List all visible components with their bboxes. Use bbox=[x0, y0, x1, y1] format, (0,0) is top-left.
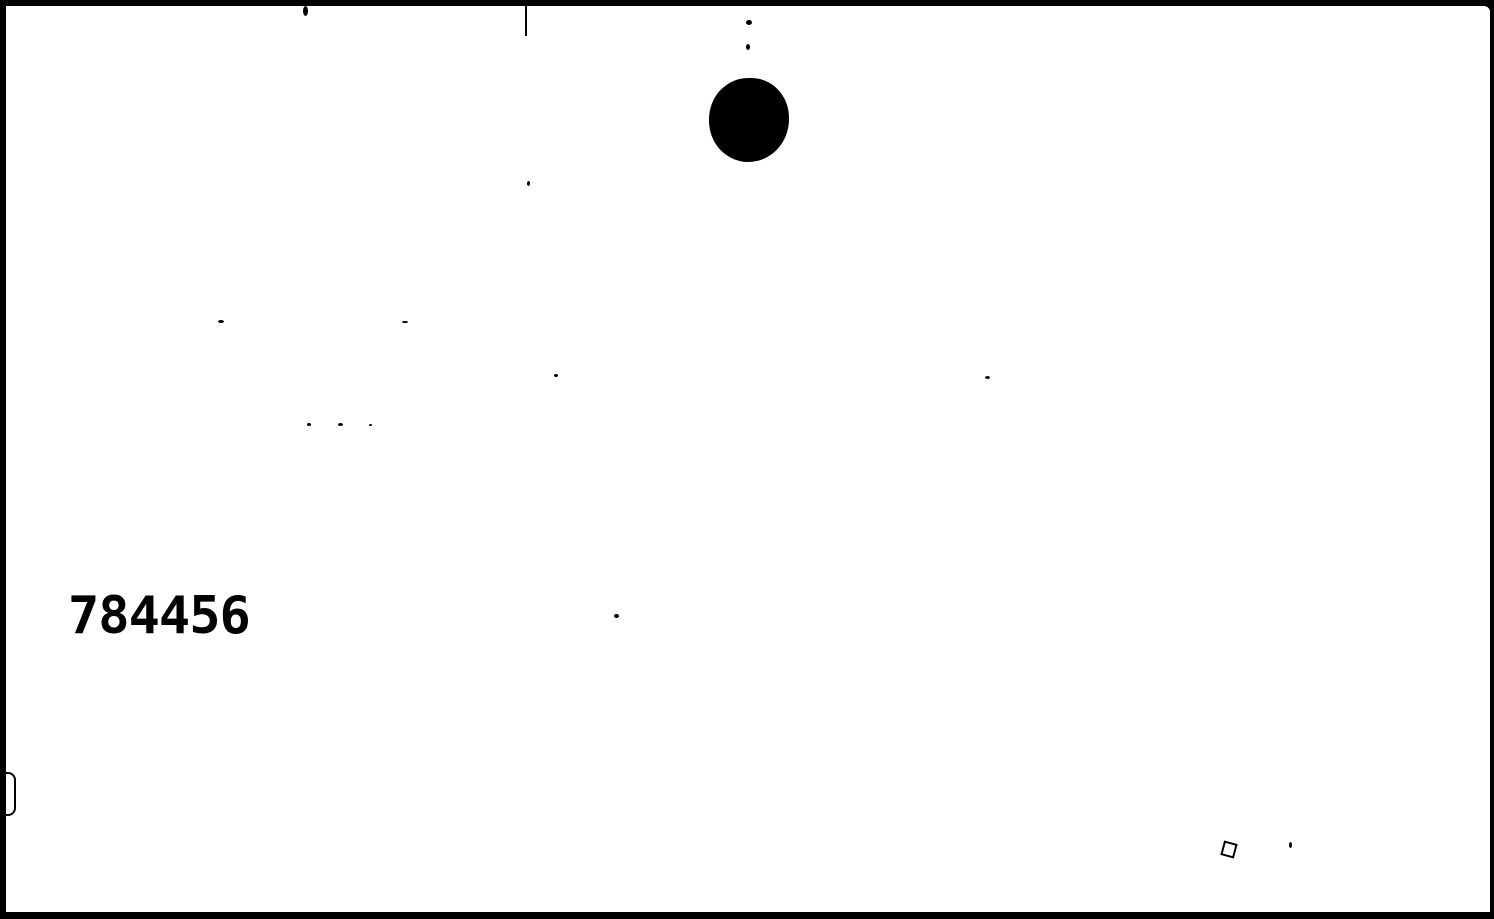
edge-mark bbox=[4, 772, 16, 816]
scan-artifact bbox=[746, 20, 752, 25]
scan-artifact bbox=[985, 376, 990, 379]
scan-artifact bbox=[338, 423, 343, 426]
scan-artifact bbox=[614, 614, 619, 618]
scan-artifact bbox=[369, 424, 372, 426]
scan-artifact bbox=[303, 6, 308, 16]
scan-artifact bbox=[218, 320, 224, 323]
scan-artifact bbox=[1289, 842, 1292, 848]
scanned-card: 784456 bbox=[6, 6, 1490, 912]
scan-artifact bbox=[307, 423, 311, 426]
scan-artifact bbox=[527, 181, 530, 186]
card-number: 784456 bbox=[68, 590, 250, 642]
punch-hole bbox=[709, 78, 789, 162]
scan-artifact bbox=[402, 321, 408, 323]
scan-artifact bbox=[525, 6, 527, 36]
scan-artifact bbox=[746, 44, 750, 50]
scan-artifact bbox=[1220, 840, 1237, 858]
scan-artifact bbox=[554, 374, 558, 377]
